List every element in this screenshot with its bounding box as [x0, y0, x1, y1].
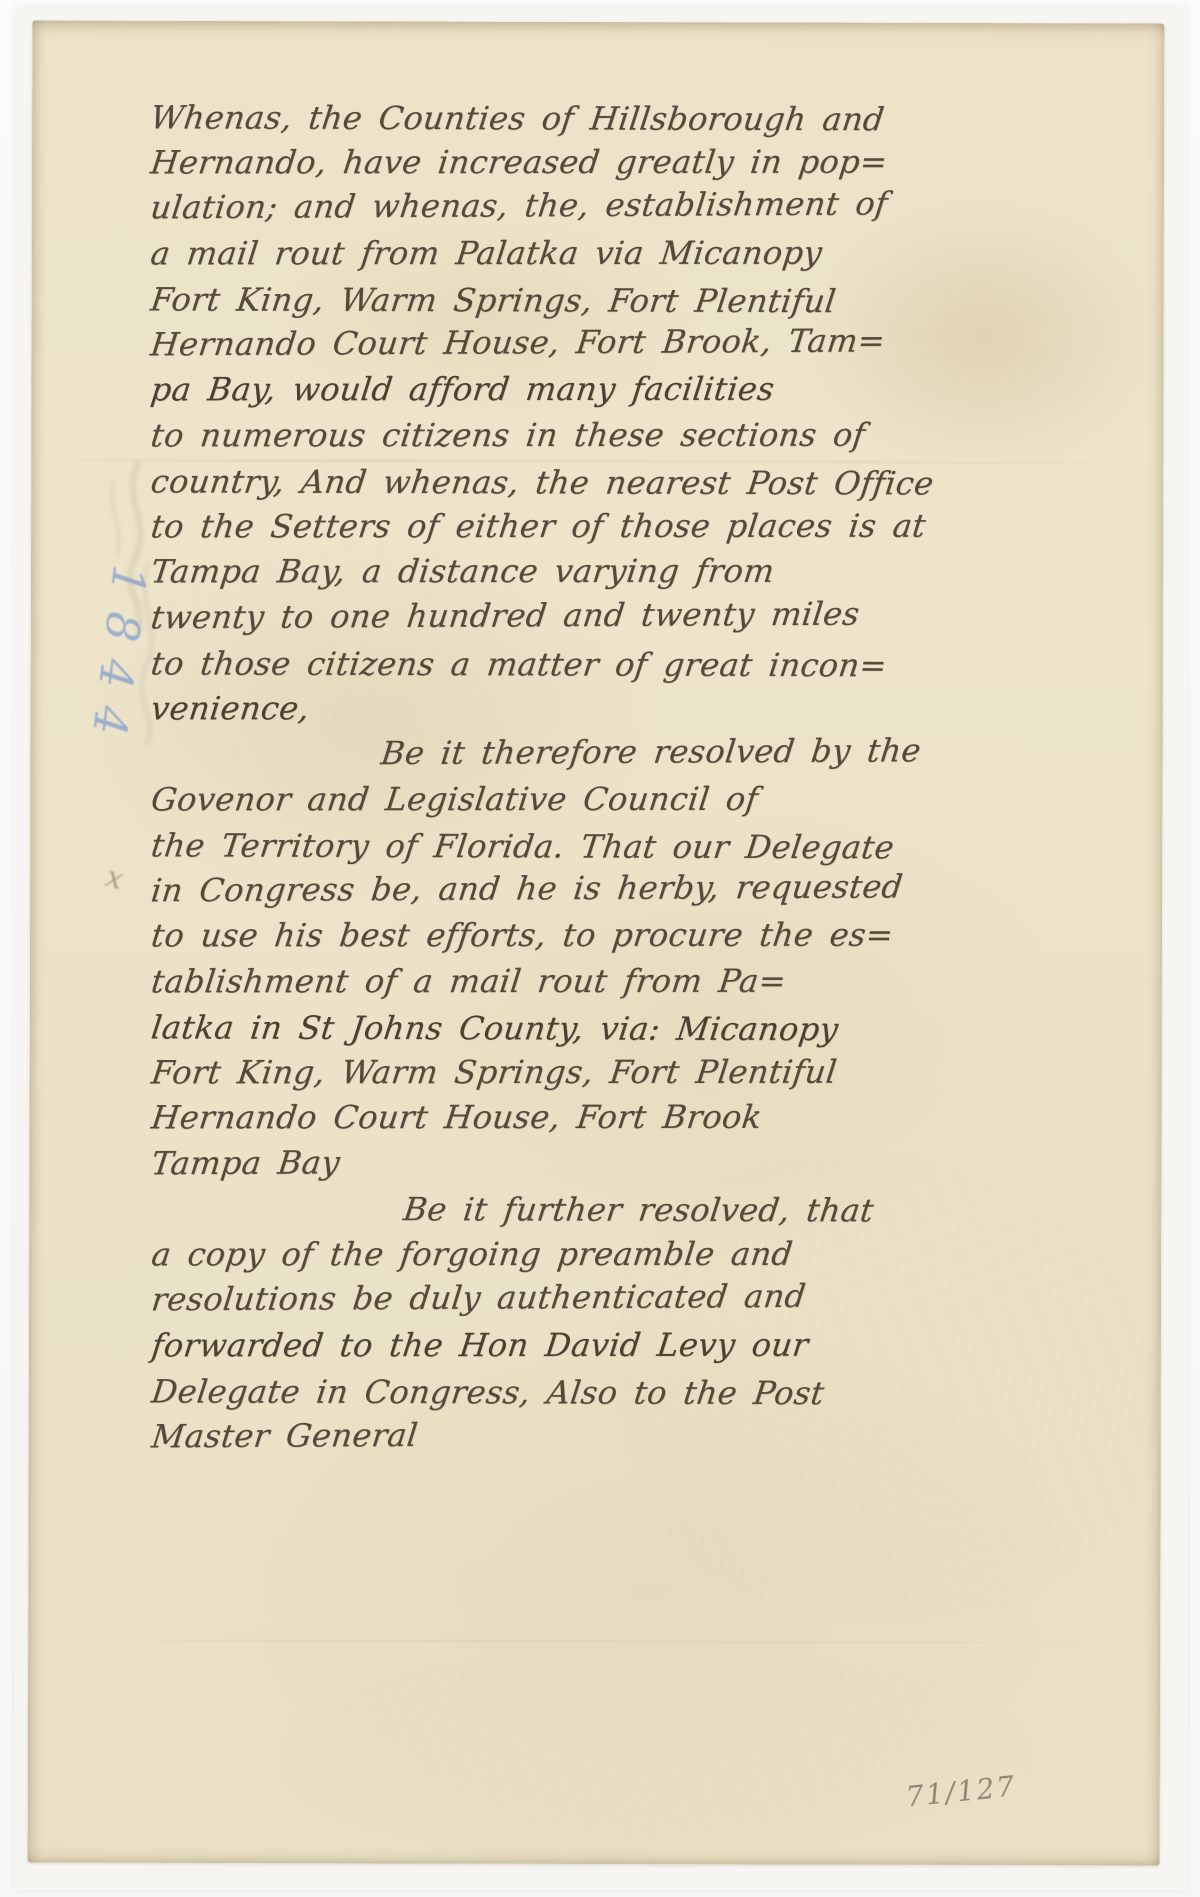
- scanned-document-page: 1844 x Whenas, the Counties of Hillsboro…: [0, 0, 1200, 1897]
- paper-crease: [28, 1639, 1160, 1645]
- manuscript-line: Govenor and Legislative Council of: [148, 776, 1024, 822]
- manuscript-line: Whenas, the Counties of Hillsborough and: [148, 95, 1023, 143]
- manuscript-line: Hernando, have increased greatly in pop=: [148, 139, 1024, 185]
- manuscript-line: to numerous citizens in these sections o…: [148, 412, 1024, 458]
- manuscript-line: latka in St Johns County, via: Micanopy: [149, 1005, 1024, 1053]
- manuscript-line: Be it therefore resolved by the: [378, 728, 1024, 777]
- manuscript-line: forwarded to the Hon David Levy our: [149, 1322, 1025, 1368]
- manuscript-line: Fort King, Warm Springs, Fort Plentiful: [149, 1049, 1025, 1095]
- manuscript-line: in Congress be, and he is herby, request…: [149, 863, 1025, 913]
- manuscript-line: venience,: [148, 685, 1024, 731]
- manuscript-line: Hernando Court House, Fort Brook: [149, 1095, 1025, 1141]
- manuscript-line: ulation; and whenas, the, establishment …: [148, 181, 1024, 231]
- manuscript-line: Tampa Bay: [149, 1136, 1025, 1186]
- manuscript-line: Tampa Bay, a distance varying from: [148, 549, 1024, 595]
- manuscript-line: twenty to one hundred and twenty miles: [148, 590, 1024, 640]
- manuscript-line: Hernando Court House, Fort Brook, Tam=: [148, 317, 1024, 367]
- manuscript-line: to use his best efforts, to procure the …: [149, 913, 1025, 959]
- manuscript-line: pa Bay, would afford many facilities: [148, 367, 1024, 413]
- manuscript-line: tablishment of a mail rout from Pa=: [149, 958, 1025, 1004]
- manuscript-line: to the Setters of either of those places…: [148, 503, 1024, 549]
- manuscript-text-block: Whenas, the Counties of Hillsborough and…: [148, 94, 1019, 1460]
- manuscript-line: Master General: [149, 1409, 1025, 1459]
- manuscript-line: a copy of the forgoing preamble and: [149, 1231, 1025, 1277]
- manuscript-line: resolutions be duly authenticated and: [149, 1273, 1025, 1323]
- manuscript-line: country, And whenas, the nearest Post Of…: [148, 459, 1023, 507]
- ink-bleed-through: [275, 1640, 1041, 1864]
- manuscript-paper: 1844 x Whenas, the Counties of Hillsboro…: [28, 21, 1165, 1866]
- manuscript-line: Be it further resolved, that: [401, 1187, 1024, 1234]
- manuscript-line: a mail rout from Palatka via Micanopy: [148, 230, 1024, 276]
- manuscript-line: to those citizens a matter of great inco…: [148, 641, 1023, 689]
- margin-x-mark: x: [102, 859, 127, 897]
